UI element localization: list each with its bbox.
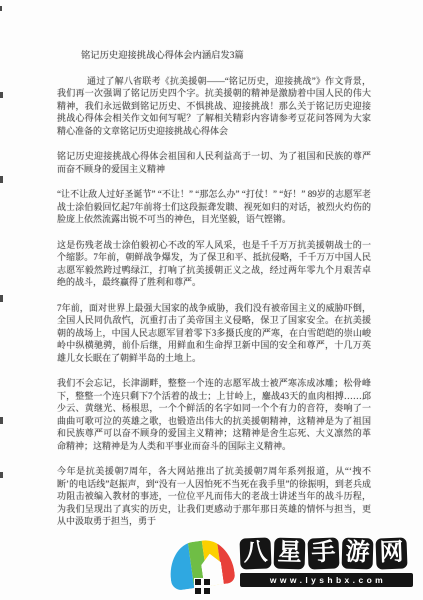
- paragraph: 今年是抗美援朝7周年，各大网站推出了抗美援朝7周年系列报道，从“‘拽不断’的电话…: [57, 465, 371, 528]
- document-body: 铭记历史迎接挑战心得体会内涵启发3篇 通过了解八省联考《抗美援朝——“铭记历史，…: [0, 50, 423, 528]
- scanned-document-page: 铭记历史迎接挑战心得体会内涵启发3篇 通过了解八省联考《抗美援朝——“铭记历史，…: [0, 0, 423, 600]
- paragraph: 通过了解八省联考《抗美援朝——“铭记历史，迎接挑战”》作文背景，我们再一次强调了…: [57, 75, 371, 138]
- site-name-badges: 八星手游网: [240, 538, 413, 569]
- paragraph: 我们不会忘记，长津湖畔，整整一个连的志愿军战士被严寒冻成冰雕；松骨峰下，整整一个…: [57, 377, 371, 452]
- site-name-char: 网: [375, 537, 407, 569]
- page-title: 铭记历史迎接挑战心得体会内涵启发3篇: [57, 50, 371, 63]
- paragraph: 铭记历史迎接挑战心得体会祖国和人民利益高于一切、为了祖国和民族的尊严而奋不顾身的…: [57, 150, 371, 175]
- paragraph: 7年前，面对世界上最强大国家的战争威胁，我们没有被帝国主义的威胁吓倒，全国人民同…: [57, 302, 371, 365]
- site-url: www.lyshbx.com: [240, 573, 413, 587]
- site-name-char: 手: [307, 537, 339, 569]
- site-wordmark: 八星手游网 www.lyshbx.com: [240, 538, 413, 587]
- site-name-char: 游: [342, 538, 374, 570]
- site-name-char: 星: [274, 538, 306, 570]
- site-logo-icon: [166, 538, 238, 598]
- paragraph-list: 通过了解八省联考《抗美援朝——“铭记历史，迎接挑战”》作文背景，我们再一次强调了…: [57, 75, 371, 528]
- watermark: 八星手游网 www.lyshbx.com: [166, 538, 413, 598]
- paragraph: 这是伤残老战士涂伯毅初心不改的军人风采，也是千千万万抗美援朝战士的一个缩影。7年…: [57, 239, 371, 289]
- checker-grid-icon: [194, 578, 211, 595]
- site-name-char: 八: [239, 537, 271, 569]
- paragraph: “让不让敌人过好圣诞节” “不让！” “那怎么办” “打仗！” “好！” 89岁…: [57, 188, 371, 226]
- scan-artifact: [0, 6, 2, 11]
